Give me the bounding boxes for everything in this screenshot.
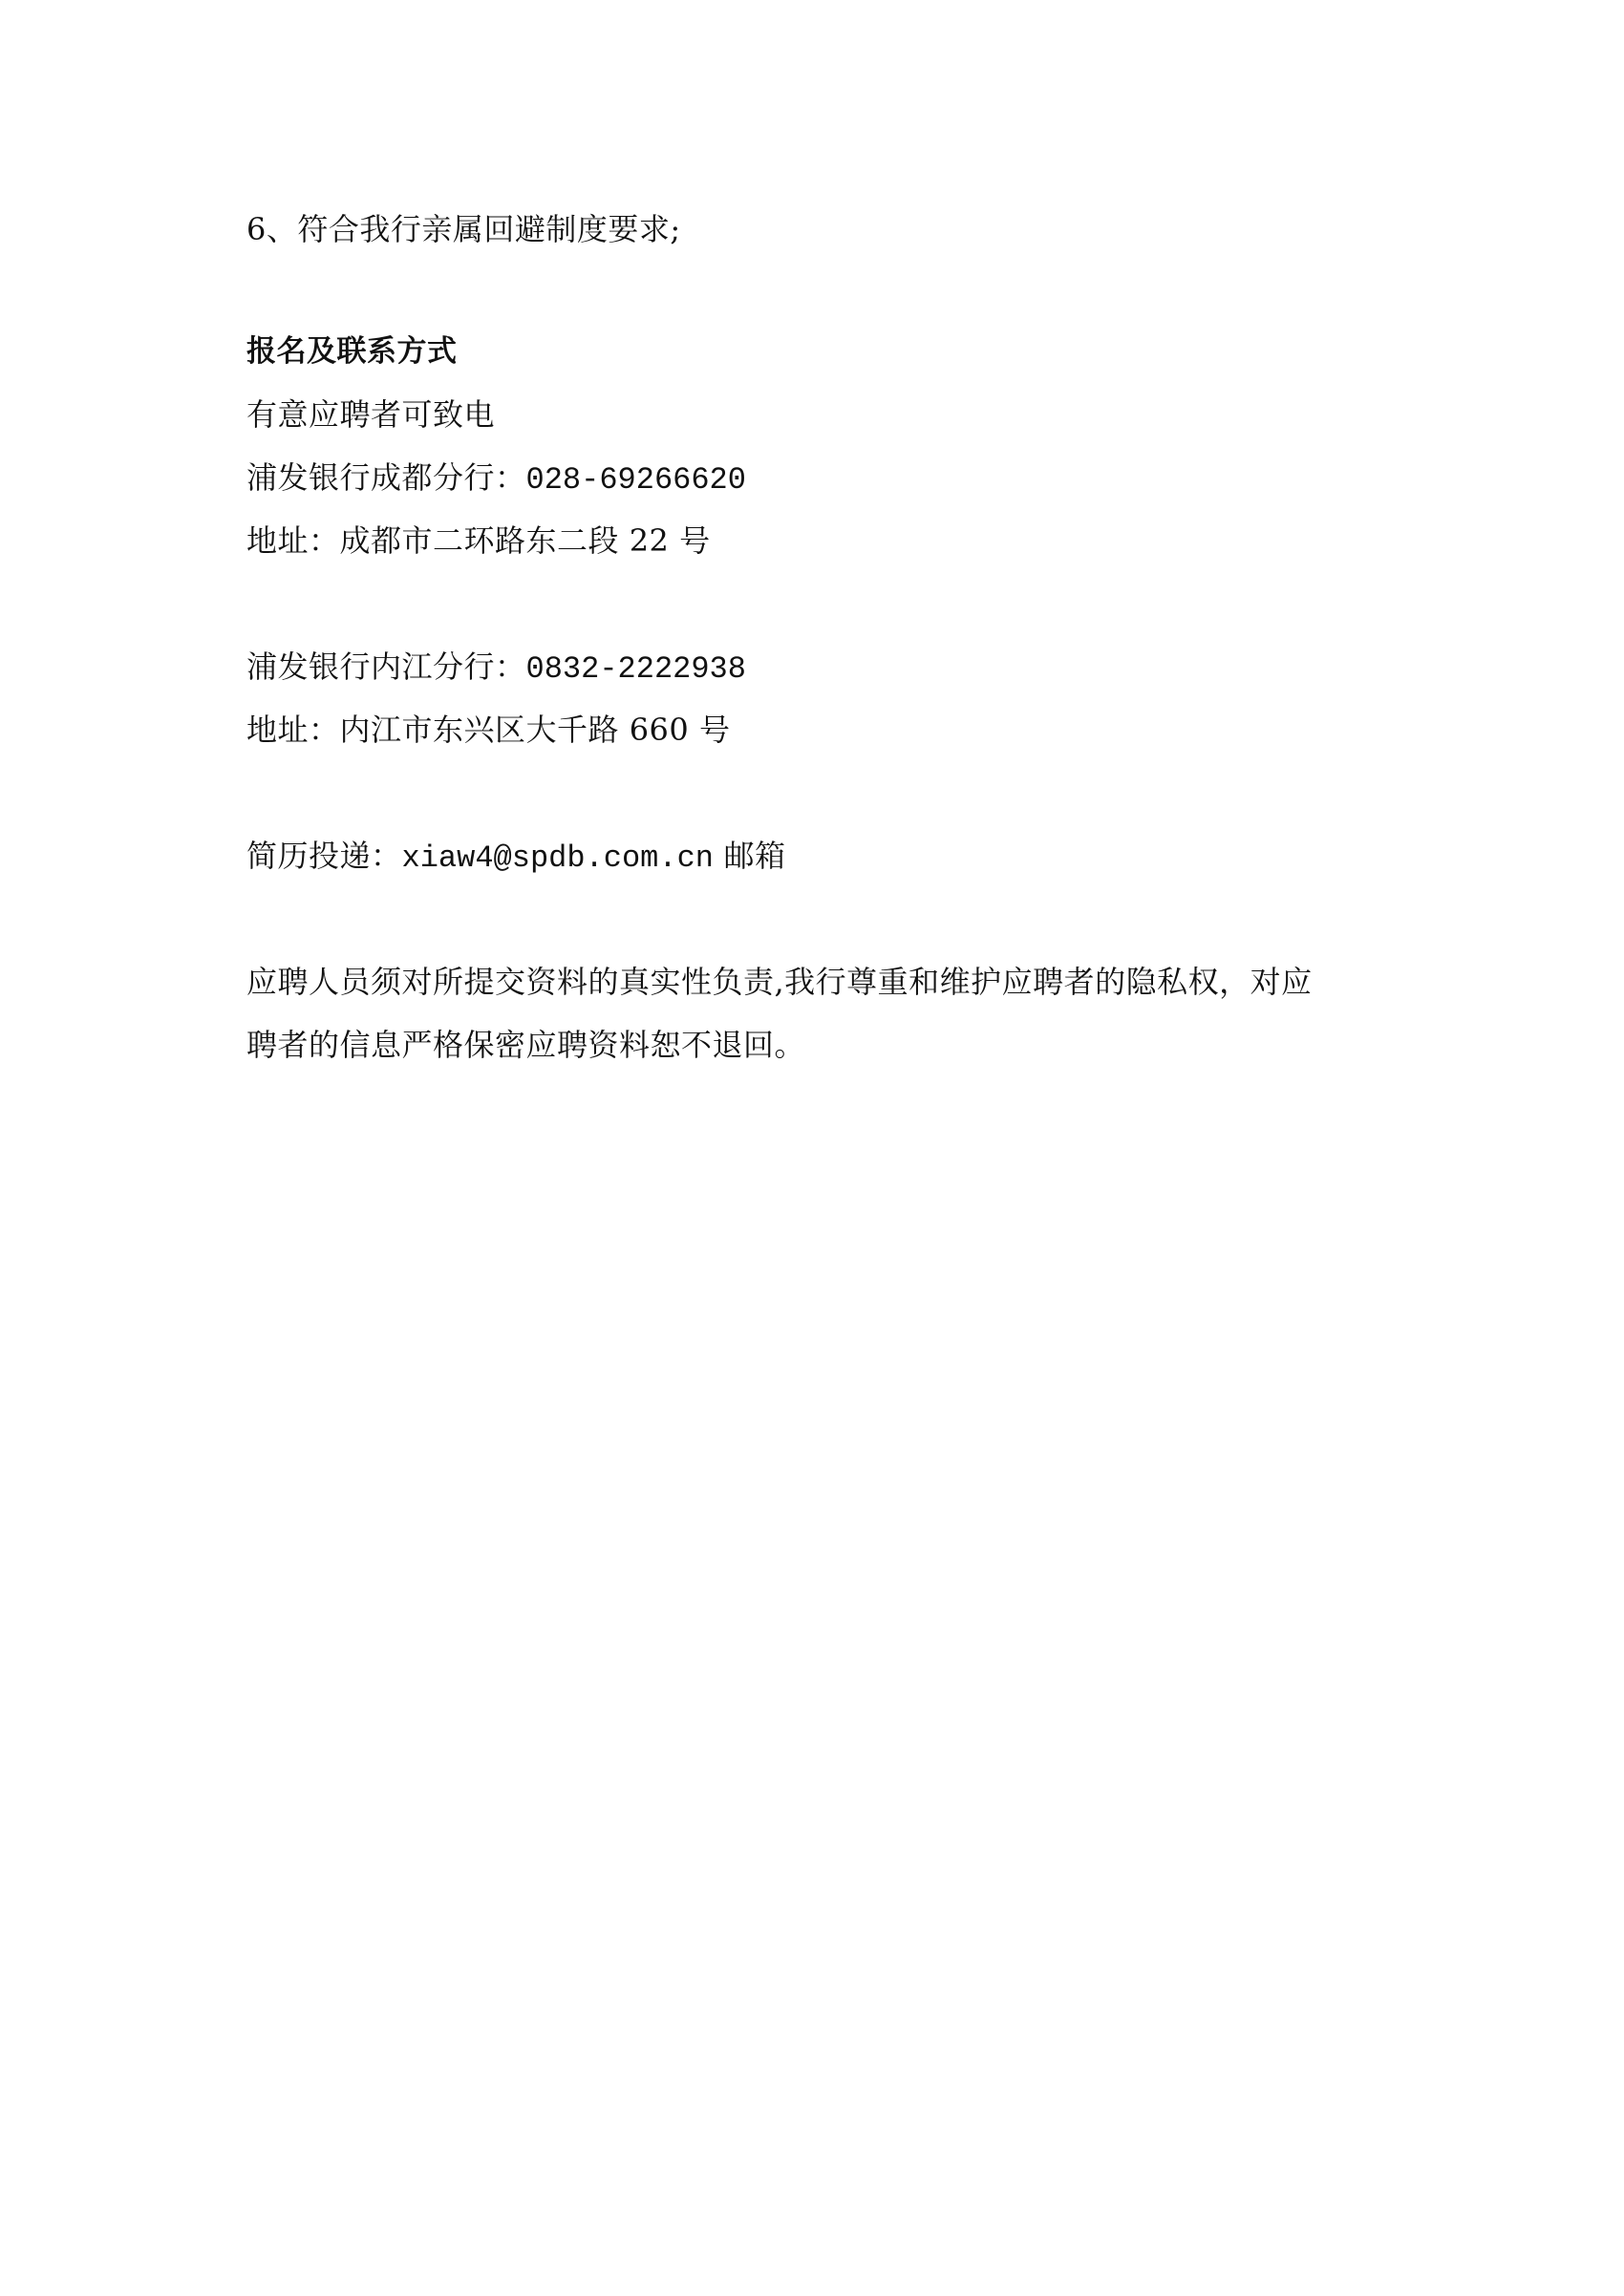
neijiang-branch-label: 浦发银行内江分行： (246, 648, 526, 685)
disclaimer-line-2: 聘者的信息严格保密应聘资料恕不退回。 (246, 1026, 805, 1064)
resume-suffix: 邮箱 (714, 838, 786, 874)
contact-heading: 报名及联系方式 (246, 334, 458, 369)
contact-intro-text: 有意应聘者可致电 (246, 396, 495, 433)
chengdu-branch-phone: 浦发银行成都分行：028-69266620 (246, 458, 746, 500)
neijiang-phone-number[interactable]: 0832-2222938 (526, 651, 746, 687)
contact-intro: 有意应聘者可致电 (246, 395, 495, 434)
disclaimer-line-1: 应聘人员须对所提交资料的真实性负责,我行尊重和维护应聘者的隐私权，对应 (246, 963, 1313, 1001)
chengdu-branch-label: 浦发银行成都分行： (246, 459, 526, 496)
chengdu-address-label: 地址： (246, 522, 340, 559)
resume-email-link[interactable]: xiaw4@spdb.com.cn (402, 840, 714, 876)
requirement-text: 6、符合我行亲属回避制度要求; (246, 211, 681, 247)
section-heading: 报名及联系方式 (246, 332, 458, 371)
neijiang-address-label: 地址： (246, 712, 340, 748)
neijiang-address: 内江市东兴区大千路 660 号 (340, 712, 731, 748)
disclaimer-text-1: 应聘人员须对所提交资料的真实性负责,我行尊重和维护应聘者的隐私权，对应 (246, 964, 1313, 1000)
resume-submission: 简历投递：xiaw4@spdb.com.cn 邮箱 (246, 837, 786, 878)
chengdu-phone-number[interactable]: 028-69266620 (526, 462, 746, 498)
neijiang-branch-address: 地址：内江市东兴区大千路 660 号 (246, 711, 730, 749)
chengdu-branch-address: 地址：成都市二环路东二段 22 号 (246, 521, 711, 560)
chengdu-address: 成都市二环路东二段 22 号 (340, 522, 711, 559)
resume-label: 简历投递： (246, 838, 402, 874)
neijiang-branch-phone: 浦发银行内江分行：0832-2222938 (246, 648, 746, 689)
document-page: 6、符合我行亲属回避制度要求; 报名及联系方式 有意应聘者可致电 浦发银行成都分… (0, 0, 1624, 2296)
requirement-item-6: 6、符合我行亲属回避制度要求; (246, 210, 681, 248)
disclaimer-text-2: 聘者的信息严格保密应聘资料恕不退回。 (246, 1027, 805, 1063)
